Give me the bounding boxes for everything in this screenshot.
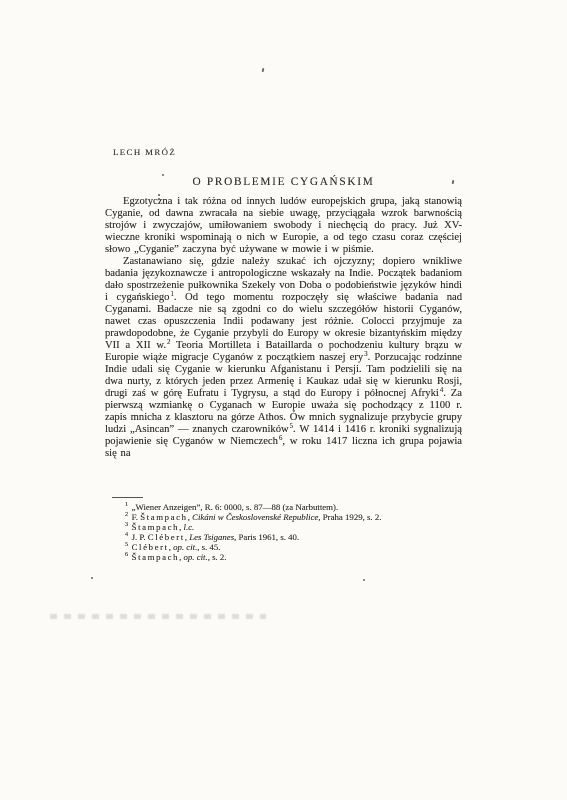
footnote-text: Štampach, op. cit., s. 2.: [132, 552, 227, 562]
scan-speck: [91, 577, 93, 579]
scan-speck: [363, 579, 365, 581]
footnote-marker: 6: [125, 551, 128, 558]
footnote-marker: 5: [125, 541, 128, 548]
footnote-text: F. Štampach, Cikáni w Československé Rep…: [132, 512, 382, 522]
paragraph: Egzotyczna i tak różna od innych ludów e…: [105, 196, 462, 256]
scan-speck: [262, 68, 264, 72]
article-title: O PROBLEMIE CYGAŃSKIM: [105, 176, 462, 188]
bleed-through-artifact: [50, 614, 266, 619]
footnote-marker: 3: [125, 521, 128, 528]
author-name: LECH MRÓŻ: [113, 147, 176, 157]
footnote-text: Štampach, l.c.: [132, 522, 195, 532]
footnote: 6Štampach, op. cit., s. 2.: [105, 553, 473, 563]
scan-speck: [162, 174, 164, 176]
scan-speck: [158, 194, 160, 196]
footnote-text: Clébert, op. cit., s. 45.: [132, 542, 221, 552]
footnote-marker: 4: [125, 531, 128, 538]
footnote-text: „Wiener Anzeigen”, R. 6: 0000, s. 87—88 …: [132, 502, 339, 512]
footnote-divider: [112, 497, 143, 498]
footnotes-block: 1„Wiener Anzeigen”, R. 6: 0000, s. 87—88…: [105, 503, 473, 563]
footnote-text: J. P. Clébert, Les Tsiganes, Paris 1961,…: [132, 532, 300, 542]
footnote-marker: 1: [125, 501, 128, 508]
scanned-page: LECH MRÓŻ O PROBLEMIE CYGAŃSKIM Egzotycz…: [0, 0, 567, 800]
article-body: Egzotyczna i tak różna od innych ludów e…: [105, 196, 462, 460]
paragraph: Zastanawiano się, gdzie należy szukać ic…: [105, 256, 462, 460]
footnote-marker: 2: [125, 511, 128, 518]
